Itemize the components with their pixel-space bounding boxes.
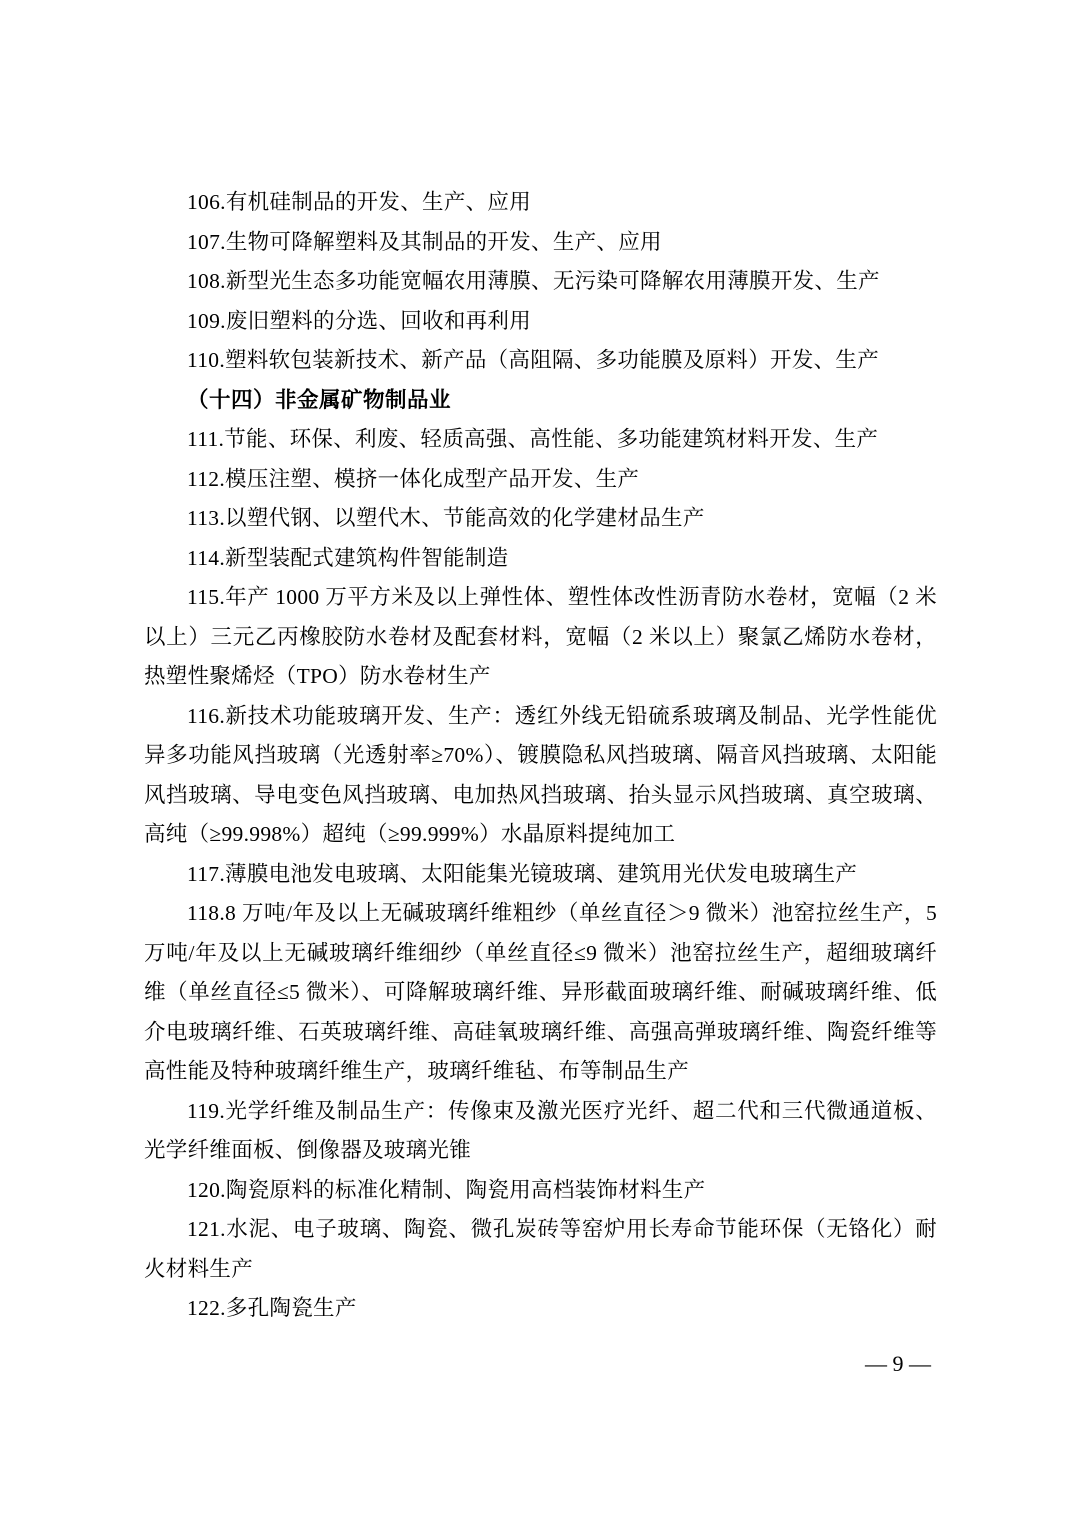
- section-heading: （十四）非金属矿物制品业: [144, 381, 937, 421]
- catalog-item: 107.生物可降解塑料及其制品的开发、生产、应用: [144, 223, 937, 263]
- page-number: — 9 —: [144, 1344, 937, 1383]
- document-body: 106.有机硅制品的开发、生产、应用107.生物可降解塑料及其制品的开发、生产、…: [144, 183, 937, 1329]
- catalog-item: 119.光学纤维及制品生产：传像束及激光医疗光纤、超二代和三代微通道板、光学纤维…: [144, 1092, 937, 1171]
- catalog-item: 120.陶瓷原料的标准化精制、陶瓷用高档装饰材料生产: [144, 1171, 937, 1211]
- catalog-item: 110.塑料软包装新技术、新产品（高阻隔、多功能膜及原料）开发、生产: [144, 341, 937, 381]
- catalog-item: 109.废旧塑料的分选、回收和再利用: [144, 302, 937, 342]
- catalog-item: 111.节能、环保、利废、轻质高强、高性能、多功能建筑材料开发、生产: [144, 420, 937, 460]
- catalog-item: 114.新型装配式建筑构件智能制造: [144, 539, 937, 579]
- catalog-item: 116.新技术功能玻璃开发、生产：透红外线无铅硫系玻璃及制品、光学性能优异多功能…: [144, 697, 937, 855]
- catalog-item: 112.模压注塑、模挤一体化成型产品开发、生产: [144, 460, 937, 500]
- catalog-item: 106.有机硅制品的开发、生产、应用: [144, 183, 937, 223]
- catalog-item: 121.水泥、电子玻璃、陶瓷、微孔炭砖等窑炉用长寿命节能环保（无铬化）耐火材料生…: [144, 1210, 937, 1289]
- catalog-item: 118.8 万吨/年及以上无碱玻璃纤维粗纱（单丝直径＞9 微米）池窑拉丝生产，5…: [144, 894, 937, 1092]
- catalog-item: 113.以塑代钢、以塑代木、节能高效的化学建材品生产: [144, 499, 937, 539]
- catalog-item: 117.薄膜电池发电玻璃、太阳能集光镜玻璃、建筑用光伏发电玻璃生产: [144, 855, 937, 895]
- document-page: 106.有机硅制品的开发、生产、应用107.生物可降解塑料及其制品的开发、生产、…: [0, 0, 1074, 1520]
- catalog-item: 115.年产 1000 万平方米及以上弹性体、塑性体改性沥青防水卷材，宽幅（2 …: [144, 578, 937, 697]
- catalog-item: 108.新型光生态多功能宽幅农用薄膜、无污染可降解农用薄膜开发、生产: [144, 262, 937, 302]
- catalog-item: 122.多孔陶瓷生产: [144, 1289, 937, 1329]
